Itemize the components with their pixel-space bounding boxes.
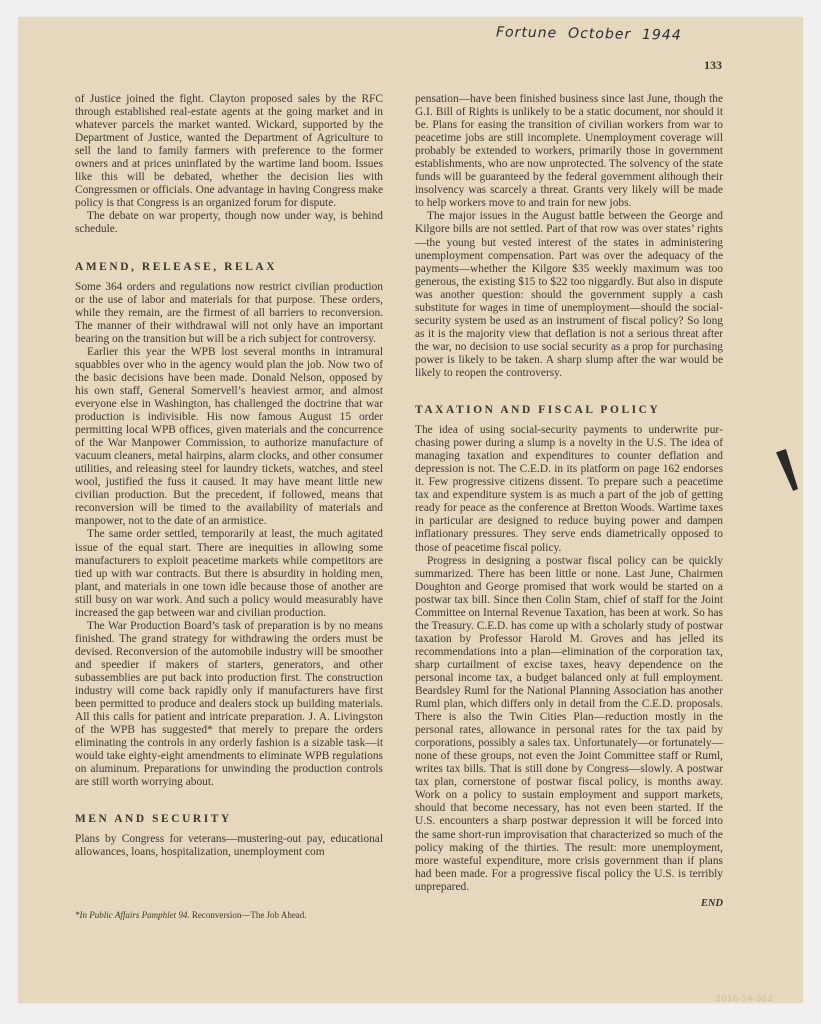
section-heading-men-and-security: MEN AND SECURITY bbox=[75, 813, 383, 826]
accession-number: 2016-54-362 bbox=[716, 994, 773, 1003]
end-mark: END bbox=[415, 897, 723, 910]
footnote: *In Public Affairs Pamphlet 94. Reconver… bbox=[75, 910, 307, 920]
paragraph: of Justice joined the fight. Clayton pro… bbox=[75, 93, 383, 210]
paragraph: Earlier this year the WPB lost several m… bbox=[75, 346, 383, 529]
paragraph: The idea of using social-security paymen… bbox=[415, 424, 723, 554]
paragraph: The same order settled, temporarily at l… bbox=[75, 528, 383, 619]
paragraph: The War Production Board’s task of prepa… bbox=[75, 620, 383, 790]
right-column: pensation—have been finished business si… bbox=[415, 93, 723, 910]
handwritten-source-note: Fortune October 1944 bbox=[496, 24, 682, 43]
page-number: 133 bbox=[704, 58, 722, 73]
section-heading-taxation-and-fiscal-policy: TAXATION AND FISCAL POLICY bbox=[415, 404, 723, 417]
paragraph: Progress in designing a postwar fiscal p… bbox=[415, 555, 723, 894]
paragraph: The major issues in the August battle be… bbox=[415, 210, 723, 380]
paragraph: Plans by Congress for veterans—mustering… bbox=[75, 833, 383, 859]
paragraph: The debate on war property, though now u… bbox=[75, 210, 383, 236]
paragraph: pensation—have been finished business si… bbox=[415, 93, 723, 210]
footnote-title: Reconversion—The Job Ahead. bbox=[190, 910, 307, 920]
left-column: of Justice joined the fight. Clayton pro… bbox=[75, 93, 383, 860]
section-heading-amend-release-relax: AMEND, RELEASE, RELAX bbox=[75, 261, 383, 274]
paragraph: Some 364 orders and regulations now rest… bbox=[75, 281, 383, 346]
footnote-citation: *In Public Affairs Pamphlet 94. bbox=[75, 910, 190, 920]
